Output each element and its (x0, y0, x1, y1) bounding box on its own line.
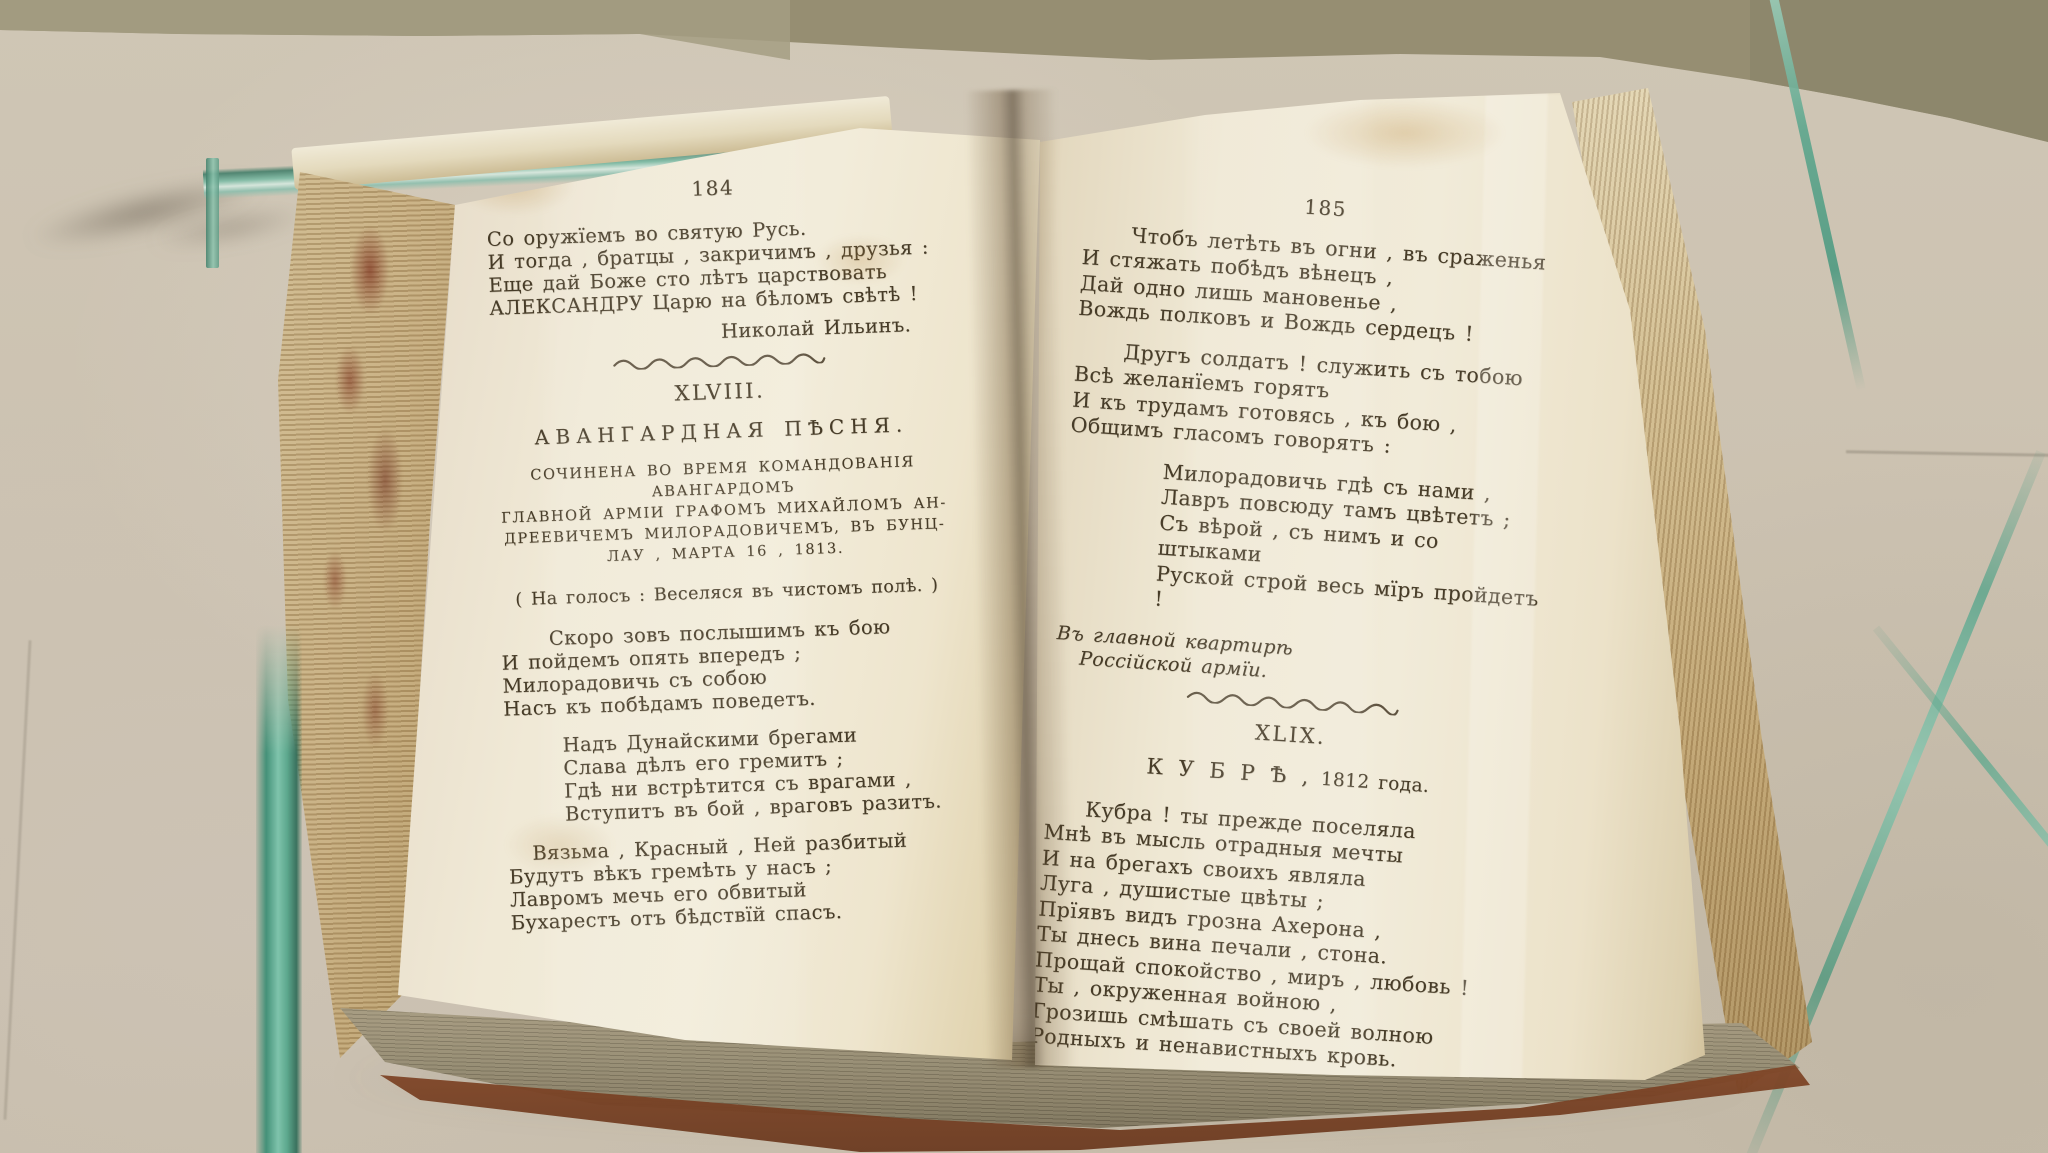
stanza: Милорадовичь гдѣ съ нами ,Лавръ повсюду … (1154, 459, 1548, 637)
foxing-spot (1305, 98, 1505, 168)
poem: Кубра ! ты прежде поселялаМнѣ въ мысль о… (1029, 794, 1525, 1080)
divider-squiggle (1185, 689, 1401, 715)
voice-line: ( На голосъ : Веселяся въ чистомъ полѣ. … (499, 574, 955, 613)
composition-note: СОЧИНЕНА ВО ВРЕМЯ КОМАНДОВАНІЯ АВАНГАРДО… (495, 451, 953, 572)
glass-case-front-edge (256, 624, 302, 1153)
stanza: Чтобъ летѣть въ огни , въ сраженьяИ стяж… (1078, 219, 1564, 353)
poem-ending: Со оружїемъ во святую Русь.И тогда , бра… (487, 212, 945, 320)
stanza: Надъ Дунайскими брегамиСлава дѣлъ его гр… (562, 720, 962, 826)
open-book: 184 Со оружїемъ во святую Русь.И тогда ,… (0, 0, 2048, 1153)
museum-photo: 184 Со оружїемъ во святую Русь.И тогда ,… (0, 0, 2048, 1153)
page-185-text: 185 Чтобъ летѣть въ огни , въ сраженьяИ … (1028, 180, 1566, 1095)
page-184: 184 Со оружїемъ во святую Русь.И тогда ,… (385, 115, 1055, 1065)
stanza: Вязьма , Красный , Ней разбитыйБудутъ вѣ… (508, 827, 966, 935)
section-number: XLVIII. (492, 373, 948, 412)
divider-squiggle (611, 351, 827, 371)
page-number: 184 (485, 169, 941, 208)
section-title-main: К У Б Р Ѣ , (1146, 754, 1313, 790)
section-title-year: 1812 года. (1320, 769, 1430, 797)
section-title: АВАНГАРДНАЯ ПѢСНЯ. (493, 412, 949, 451)
stanza: Скоро зовъ послышимъ къ боюИ пойдемъ опя… (500, 613, 958, 721)
author-signature: Николай Ильинъ. (490, 312, 946, 351)
page-184-text: 184 Со оружїемъ во святую Русь.И тогда ,… (485, 169, 966, 949)
stanza: Другъ солдатъ ! служить съ тобоюВсѣ жела… (1070, 336, 1556, 470)
